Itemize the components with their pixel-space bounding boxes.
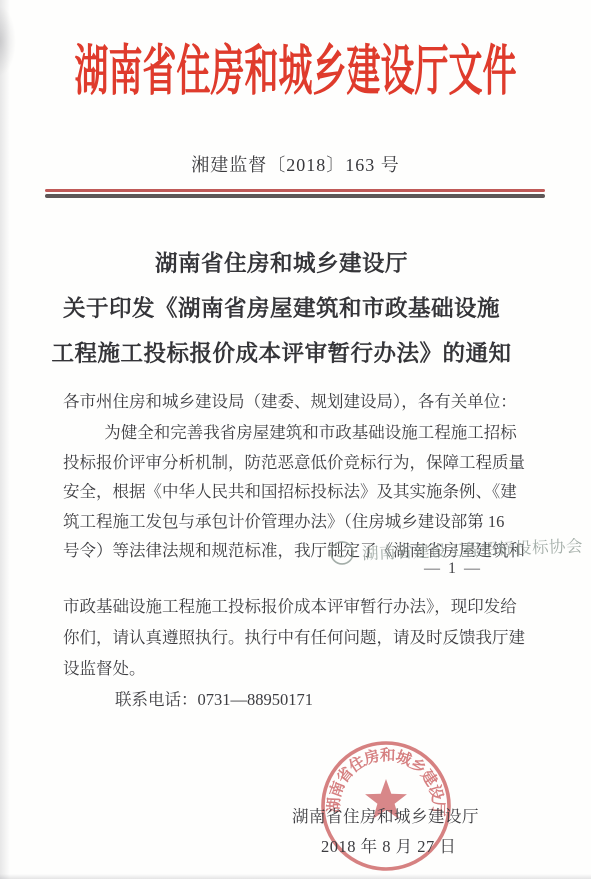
paragraph-line: 设监督处。: [63, 653, 525, 684]
paragraph-line: 投标报价评审分析机制，防范恶意低价竞标行为，保障工程质量: [63, 448, 525, 478]
scan-edge-bottom: [0, 874, 591, 879]
issue-date: 2018 年 8 月 27 日: [321, 833, 456, 857]
association-logo-icon: [327, 537, 358, 568]
paragraph-line: 为健全和完善我省房屋建筑和市政基础设施工程施工招标: [63, 418, 525, 448]
contact-phone: 联系电话：0731—88950171: [63, 686, 313, 710]
issuer-signature: 湖南省住房和城乡建设厅: [292, 803, 479, 827]
document-title-line: 工程施工投标报价成本评审暂行办法》的通知: [0, 331, 563, 376]
paragraph-line: 安全，根据《中华人民共和国招标投标法》及其实施条例、《建: [63, 477, 525, 507]
agency-banner: 湖南省住房和城乡建设厅文件: [0, 27, 591, 105]
document-title: 湖南省住房和城乡建设厅 关于印发《湖南省房屋建筑和市政基础设施 工程施工投标报价…: [0, 241, 563, 376]
paragraph-2: 市政基础设施工程施工投标报价成本评审暂行办法》，现印发给 你们，请认真遵照执行。…: [63, 591, 525, 684]
doc-number: 湘建监督〔2018〕163 号: [0, 151, 591, 177]
salutation: 各市州住房和城乡建设局（建委、规划建设局），各有关单位：: [63, 388, 517, 412]
paragraph-line: 市政基础设施工程施工投标报价成本评审暂行办法》，现印发给: [63, 591, 525, 622]
document-title-line: 湖南省住房和城乡建设厅: [0, 241, 563, 286]
document-title-line: 关于印发《湖南省房屋建筑和市政基础设施: [0, 286, 563, 331]
document-page: 湖南省住房和城乡建设厅文件 湘建监督〔2018〕163 号 湖南省住房和城乡建设…: [0, 0, 591, 879]
paragraph-line: 筑工程施工发包与承包计价管理办法》（住房城乡建设部第 16: [63, 507, 525, 537]
red-separator-line: [45, 189, 545, 192]
paragraph-line: 你们，请认真遵照执行。执行中有任何问题，请及时反馈我厅建: [63, 622, 525, 653]
watermark-text: 湖南省建设工程招标投标协会: [362, 533, 584, 565]
scan-edge-left: [0, 0, 10, 879]
dark-separator-line: [45, 194, 545, 198]
